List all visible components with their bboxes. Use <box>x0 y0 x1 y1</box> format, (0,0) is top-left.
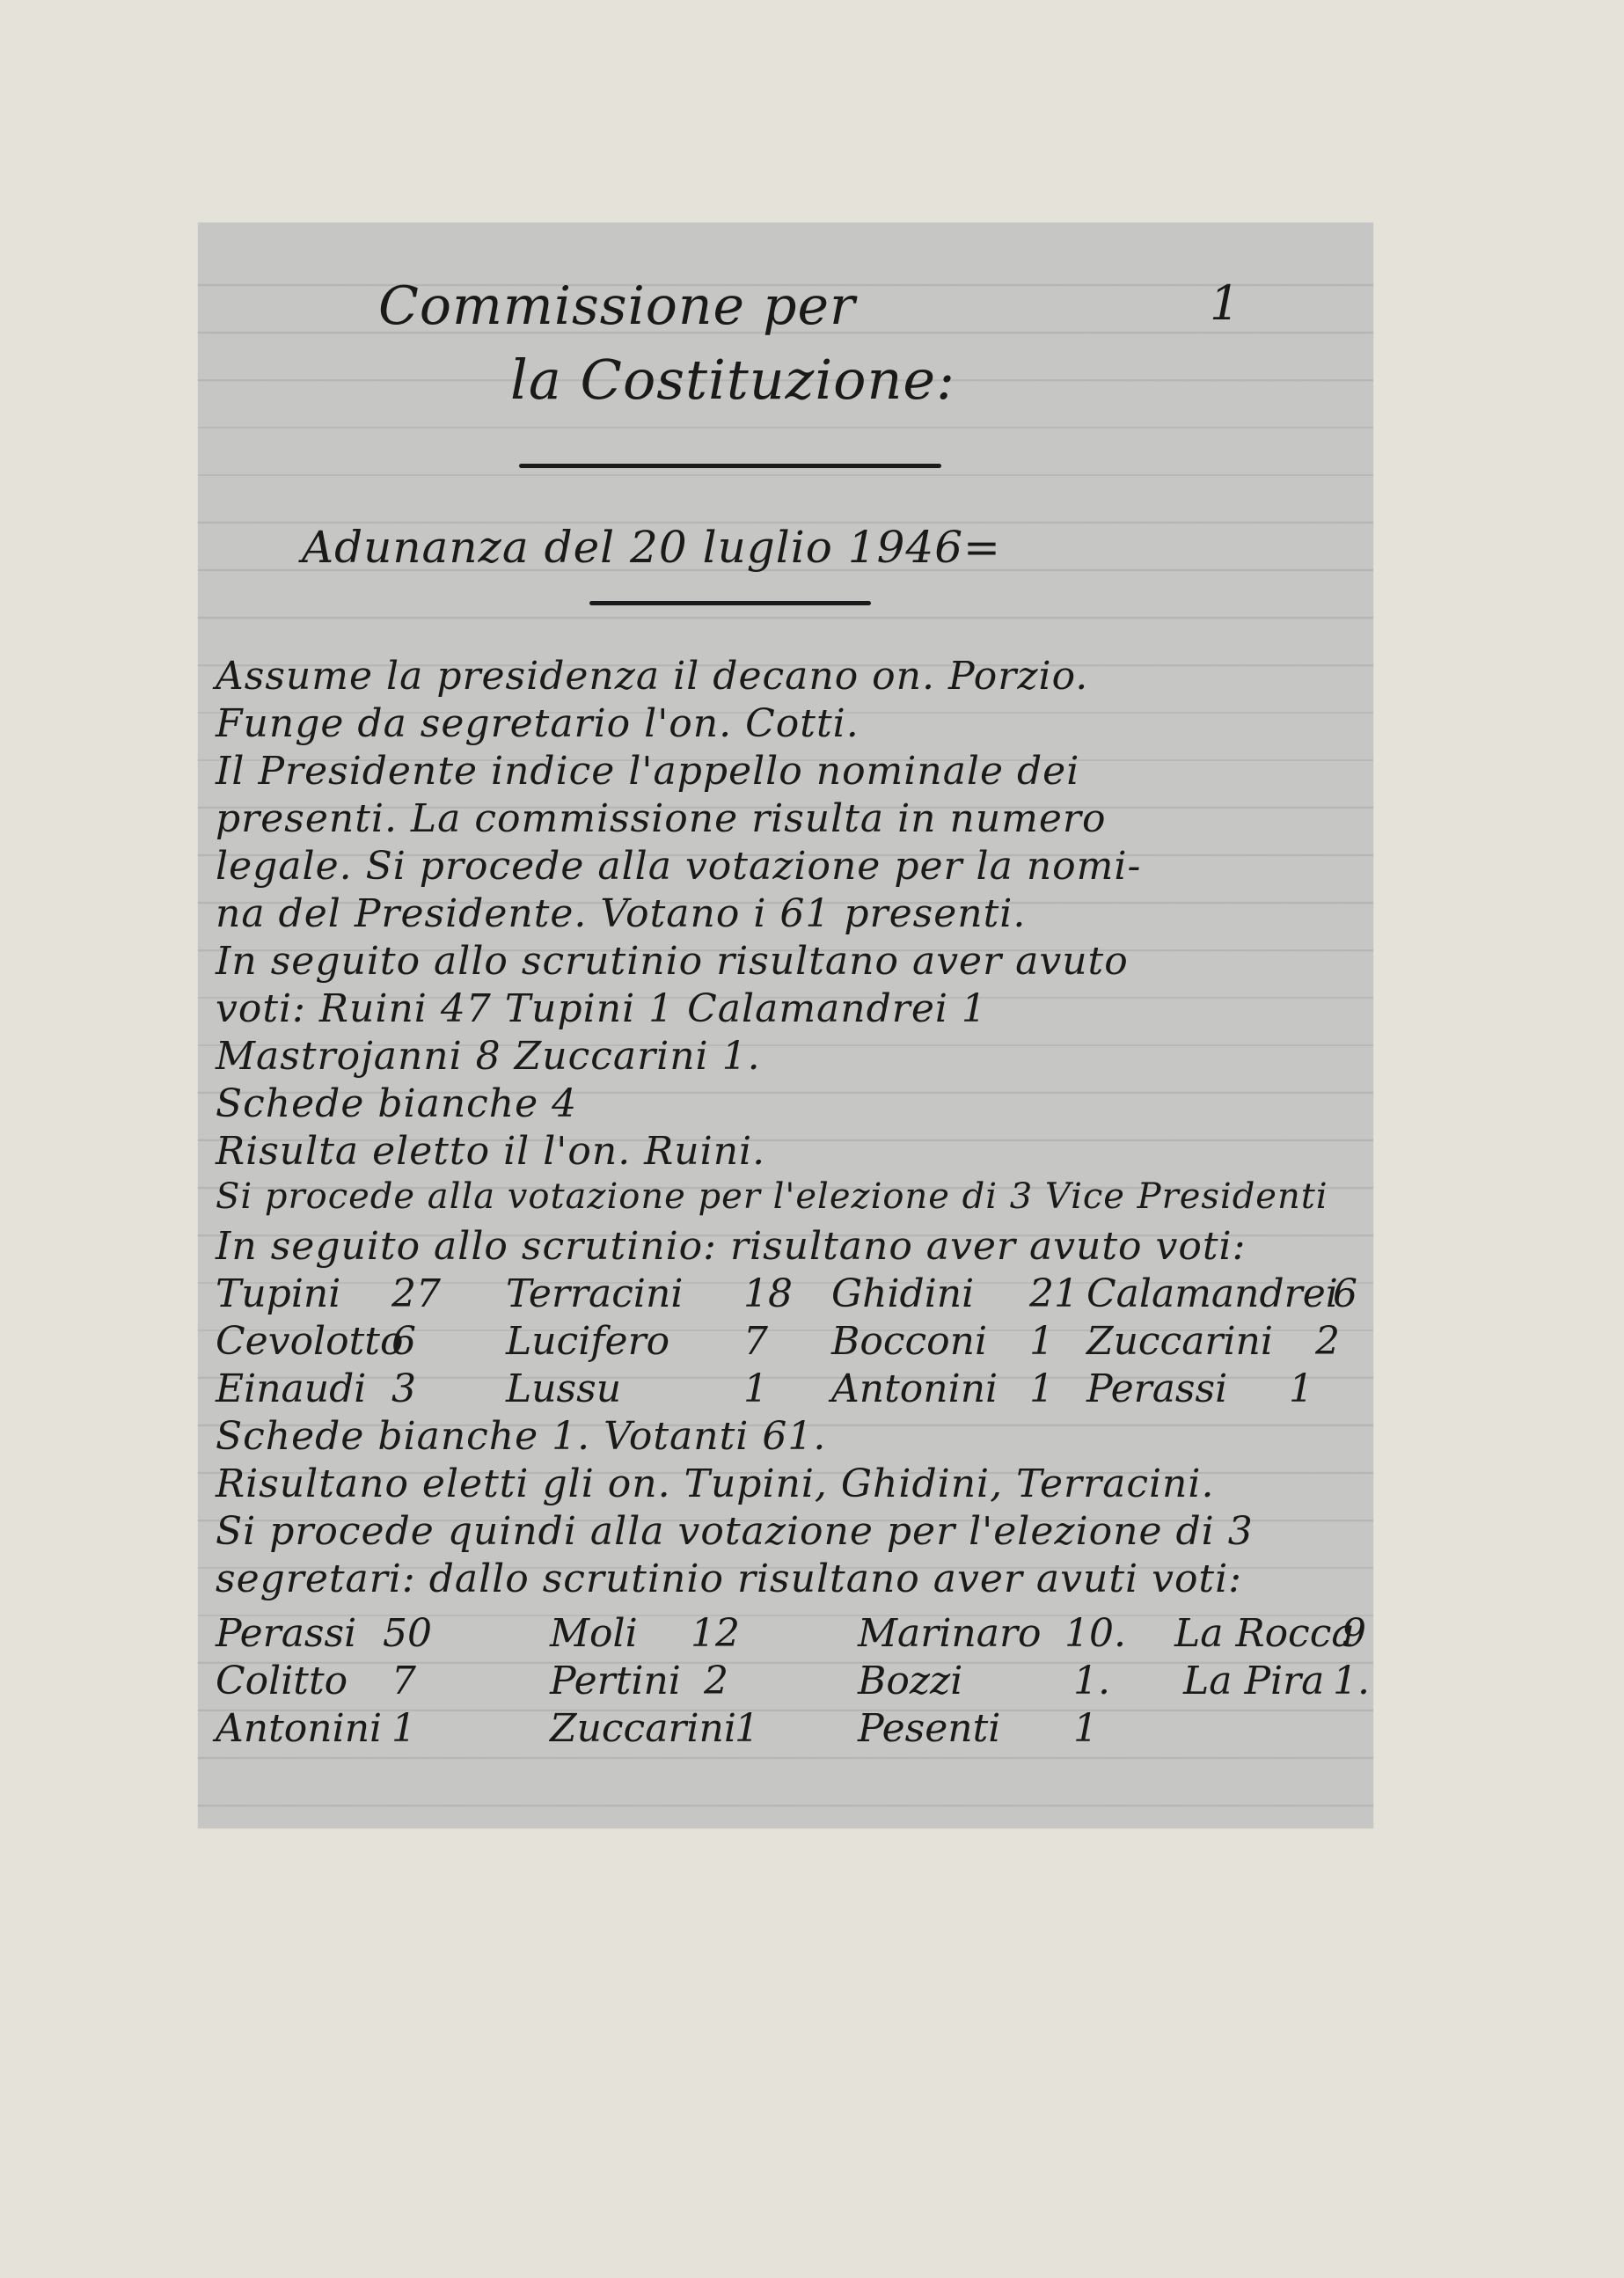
candidate-name: Zuccarini <box>1086 1319 1273 1364</box>
candidate-votes: 1 <box>1029 1319 1054 1364</box>
page-number: 1 <box>1210 275 1240 331</box>
minutes-line: In seguito allo scrutinio risultano aver… <box>216 939 1129 984</box>
minutes-line: Funge da segretario l'on. Cotti. <box>216 701 860 746</box>
candidate-name: Calamandrei <box>1086 1271 1338 1316</box>
candidate-name: Lussu <box>506 1366 621 1411</box>
minutes-line: presenti. La commissione risulta in nume… <box>216 796 1106 841</box>
candidate-name: Perassi <box>216 1611 356 1656</box>
candidate-name: Moli <box>550 1611 638 1656</box>
candidate-name: Antonini <box>831 1366 998 1411</box>
candidate-votes: 21 <box>1029 1271 1079 1316</box>
candidate-name: Pertini <box>550 1659 681 1703</box>
minutes-line: Si procede quindi alla votazione per l'e… <box>216 1509 1254 1554</box>
handwritten-page-photo: Commissione per 1 la Costituzione: Aduna… <box>198 223 1373 1828</box>
candidate-votes: 9 <box>1342 1611 1366 1656</box>
candidate-votes: 10. <box>1064 1611 1126 1656</box>
candidate-name: Terracini <box>506 1271 683 1316</box>
candidate-name: Colitto <box>216 1659 347 1703</box>
title-line-2: la Costituzione: <box>510 348 955 412</box>
candidate-votes: 1. <box>1073 1659 1110 1703</box>
minutes-line: Risulta eletto il l'on. Ruini. <box>216 1129 765 1174</box>
candidate-votes: 27 <box>391 1271 441 1316</box>
title-underline <box>519 464 941 468</box>
candidate-name: Bocconi <box>831 1319 987 1364</box>
candidate-votes: 1 <box>1073 1706 1098 1751</box>
candidate-votes: 1 <box>391 1706 416 1751</box>
candidate-name: Marinaro <box>858 1611 1041 1656</box>
minutes-line: voti: Ruini 47 Tupini 1 Calamandrei 1 <box>216 986 987 1031</box>
minutes-line: segretari: dallo scrutinio risultano ave… <box>216 1557 1242 1601</box>
candidate-votes: 1 <box>743 1366 768 1411</box>
session-date: Adunanza del 20 luglio 1946= <box>302 522 1001 573</box>
minutes-line: In seguito allo scrutinio: risultano ave… <box>216 1224 1246 1269</box>
candidate-name: Perassi <box>1086 1366 1227 1411</box>
candidate-votes: 1 <box>1289 1366 1313 1411</box>
candidate-votes: 6 <box>1333 1271 1357 1316</box>
candidate-votes: 2 <box>1315 1319 1340 1364</box>
candidate-votes: 1 <box>1029 1366 1054 1411</box>
candidate-votes: 7 <box>743 1319 768 1364</box>
candidate-name: Antonini <box>216 1706 382 1751</box>
candidate-name: Cevolotto <box>216 1319 403 1364</box>
candidate-votes: 12 <box>691 1611 740 1656</box>
title-line-1: Commissione per <box>378 275 856 337</box>
minutes-line: Il Presidente indice l'appello nominale … <box>216 749 1079 794</box>
minutes-line: Schede bianche 4 <box>216 1081 577 1126</box>
candidate-name: Lucifero <box>506 1319 669 1364</box>
candidate-name: Ghidini <box>831 1271 974 1316</box>
minutes-line: Risultano eletti gli on. Tupini, Ghidini… <box>216 1461 1214 1506</box>
minutes-line: na del Presidente. Votano i 61 presenti. <box>216 891 1026 936</box>
date-underline <box>589 601 871 605</box>
candidate-votes: 1 <box>735 1706 759 1751</box>
candidate-name: La Pira <box>1183 1659 1324 1703</box>
candidate-votes: 6 <box>391 1319 416 1364</box>
candidate-name: Tupini <box>216 1271 340 1316</box>
candidate-votes: 1. <box>1333 1659 1370 1703</box>
candidate-votes: 50 <box>383 1611 432 1656</box>
candidate-votes: 3 <box>391 1366 416 1411</box>
candidate-votes: 2 <box>704 1659 728 1703</box>
candidate-name: Bozzi <box>858 1659 962 1703</box>
candidate-votes: 7 <box>391 1659 416 1703</box>
minutes-line: Si procede alla votazione per l'elezione… <box>216 1176 1328 1217</box>
minutes-line: Schede bianche 1. Votanti 61. <box>216 1414 826 1459</box>
candidate-name: Einaudi <box>216 1366 366 1411</box>
candidate-name: La Rocca <box>1174 1611 1355 1656</box>
minutes-line: Mastrojanni 8 Zuccarini 1. <box>216 1034 761 1079</box>
candidate-votes: 18 <box>743 1271 793 1316</box>
candidate-name: Pesenti <box>858 1706 1000 1751</box>
candidate-name: Zuccarini <box>550 1706 736 1751</box>
minutes-line: legale. Si procede alla votazione per la… <box>216 844 1141 889</box>
minutes-line: Assume la presidenza il decano on. Porzi… <box>216 654 1088 699</box>
